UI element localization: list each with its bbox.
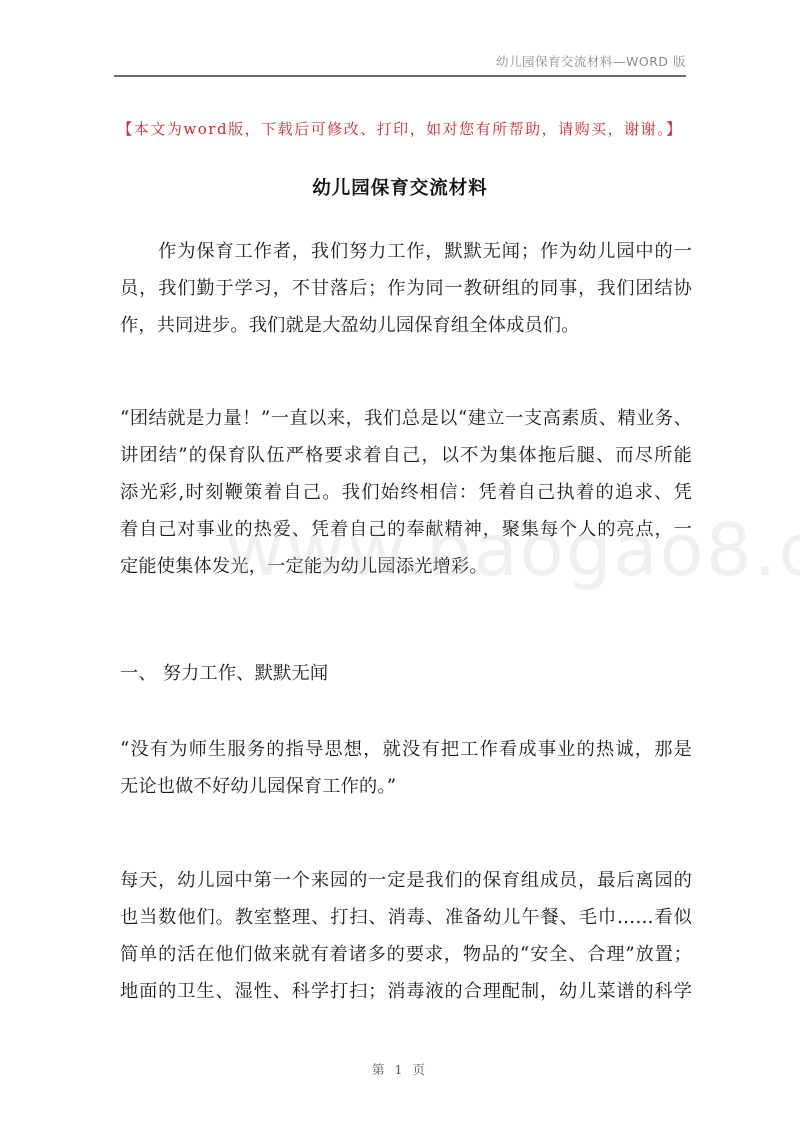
document-title: 幼儿园保育交流材料 [0, 174, 800, 200]
document-page: 幼儿园保育交流材料—WORD 版 【本文为word版，下载后可修改、打印，如对您… [0, 0, 800, 1132]
text-line: 作为保育工作者，我们努力工作，默默无闻；作为幼儿园中的一 [120, 233, 692, 270]
text-line: 作，共同进步。我们就是大盈幼儿园保育组全体成员们。 [120, 307, 692, 344]
paragraph-unity: “团结就是力量！”一直以来，我们总是以“建立一支高素质、精业务、 讲团结”的保育… [120, 400, 692, 585]
section-heading-1: 一、 努力工作、默默无闻 [120, 655, 692, 692]
text-line: 讲团结”的保育队伍严格要求着自己，以不为集体拖后腿、而尽所能 [120, 437, 692, 474]
text-line: 员，我们勤于学习，不甘落后；作为同一教研组的同事，我们团结协 [120, 270, 692, 307]
text-line: 简单的活在他们做来就有着诸多的要求，物品的“安全、合理”放置； [120, 936, 692, 973]
text-line: 添光彩,时刻鞭策着自己。我们始终相信：凭着自己执着的追求、凭 [120, 474, 692, 511]
text-line: 着自己对事业的热爱、凭着自己的奉献精神，聚集每个人的亮点，一 [120, 511, 692, 548]
page-number: 第 1 页 [0, 1060, 800, 1078]
text-line: 地面的卫生、湿性、科学打扫；消毒液的合理配制，幼儿菜谱的科学 [120, 973, 692, 1010]
text-line: 无论也做不好幼儿园保育工作的。” [120, 768, 692, 805]
paragraph-intro: 作为保育工作者，我们努力工作，默默无闻；作为幼儿园中的一 员，我们勤于学习，不甘… [120, 233, 692, 344]
purchase-notice: 【本文为word版，下载后可修改、打印，如对您有所帮助，请购买，谢谢。】 [0, 118, 800, 139]
text-line: 也当数他们。教室整理、打扫、消毒、准备幼儿午餐、毛巾……看似 [120, 899, 692, 936]
paragraph-daily-work: 每天，幼儿园中第一个来园的一定是我们的保育组成员，最后离园的 也当数他们。教室整… [120, 862, 692, 1010]
text-line: “没有为师生服务的指导思想，就没有把工作看成事业的热诚，那是 [120, 731, 692, 768]
paragraph-quote: “没有为师生服务的指导思想，就没有把工作看成事业的热诚，那是 无论也做不好幼儿园… [120, 731, 692, 805]
text-line: 每天，幼儿园中第一个来园的一定是我们的保育组成员，最后离园的 [120, 862, 692, 899]
section-heading-text: 一、 努力工作、默默无闻 [120, 655, 692, 692]
text-line: “团结就是力量！”一直以来，我们总是以“建立一支高素质、精业务、 [120, 400, 692, 437]
running-header: 幼儿园保育交流材料—WORD 版 [496, 52, 686, 70]
header-rule [114, 75, 686, 77]
text-line: 定能使集体发光，一定能为幼儿园添光增彩。 [120, 548, 692, 585]
